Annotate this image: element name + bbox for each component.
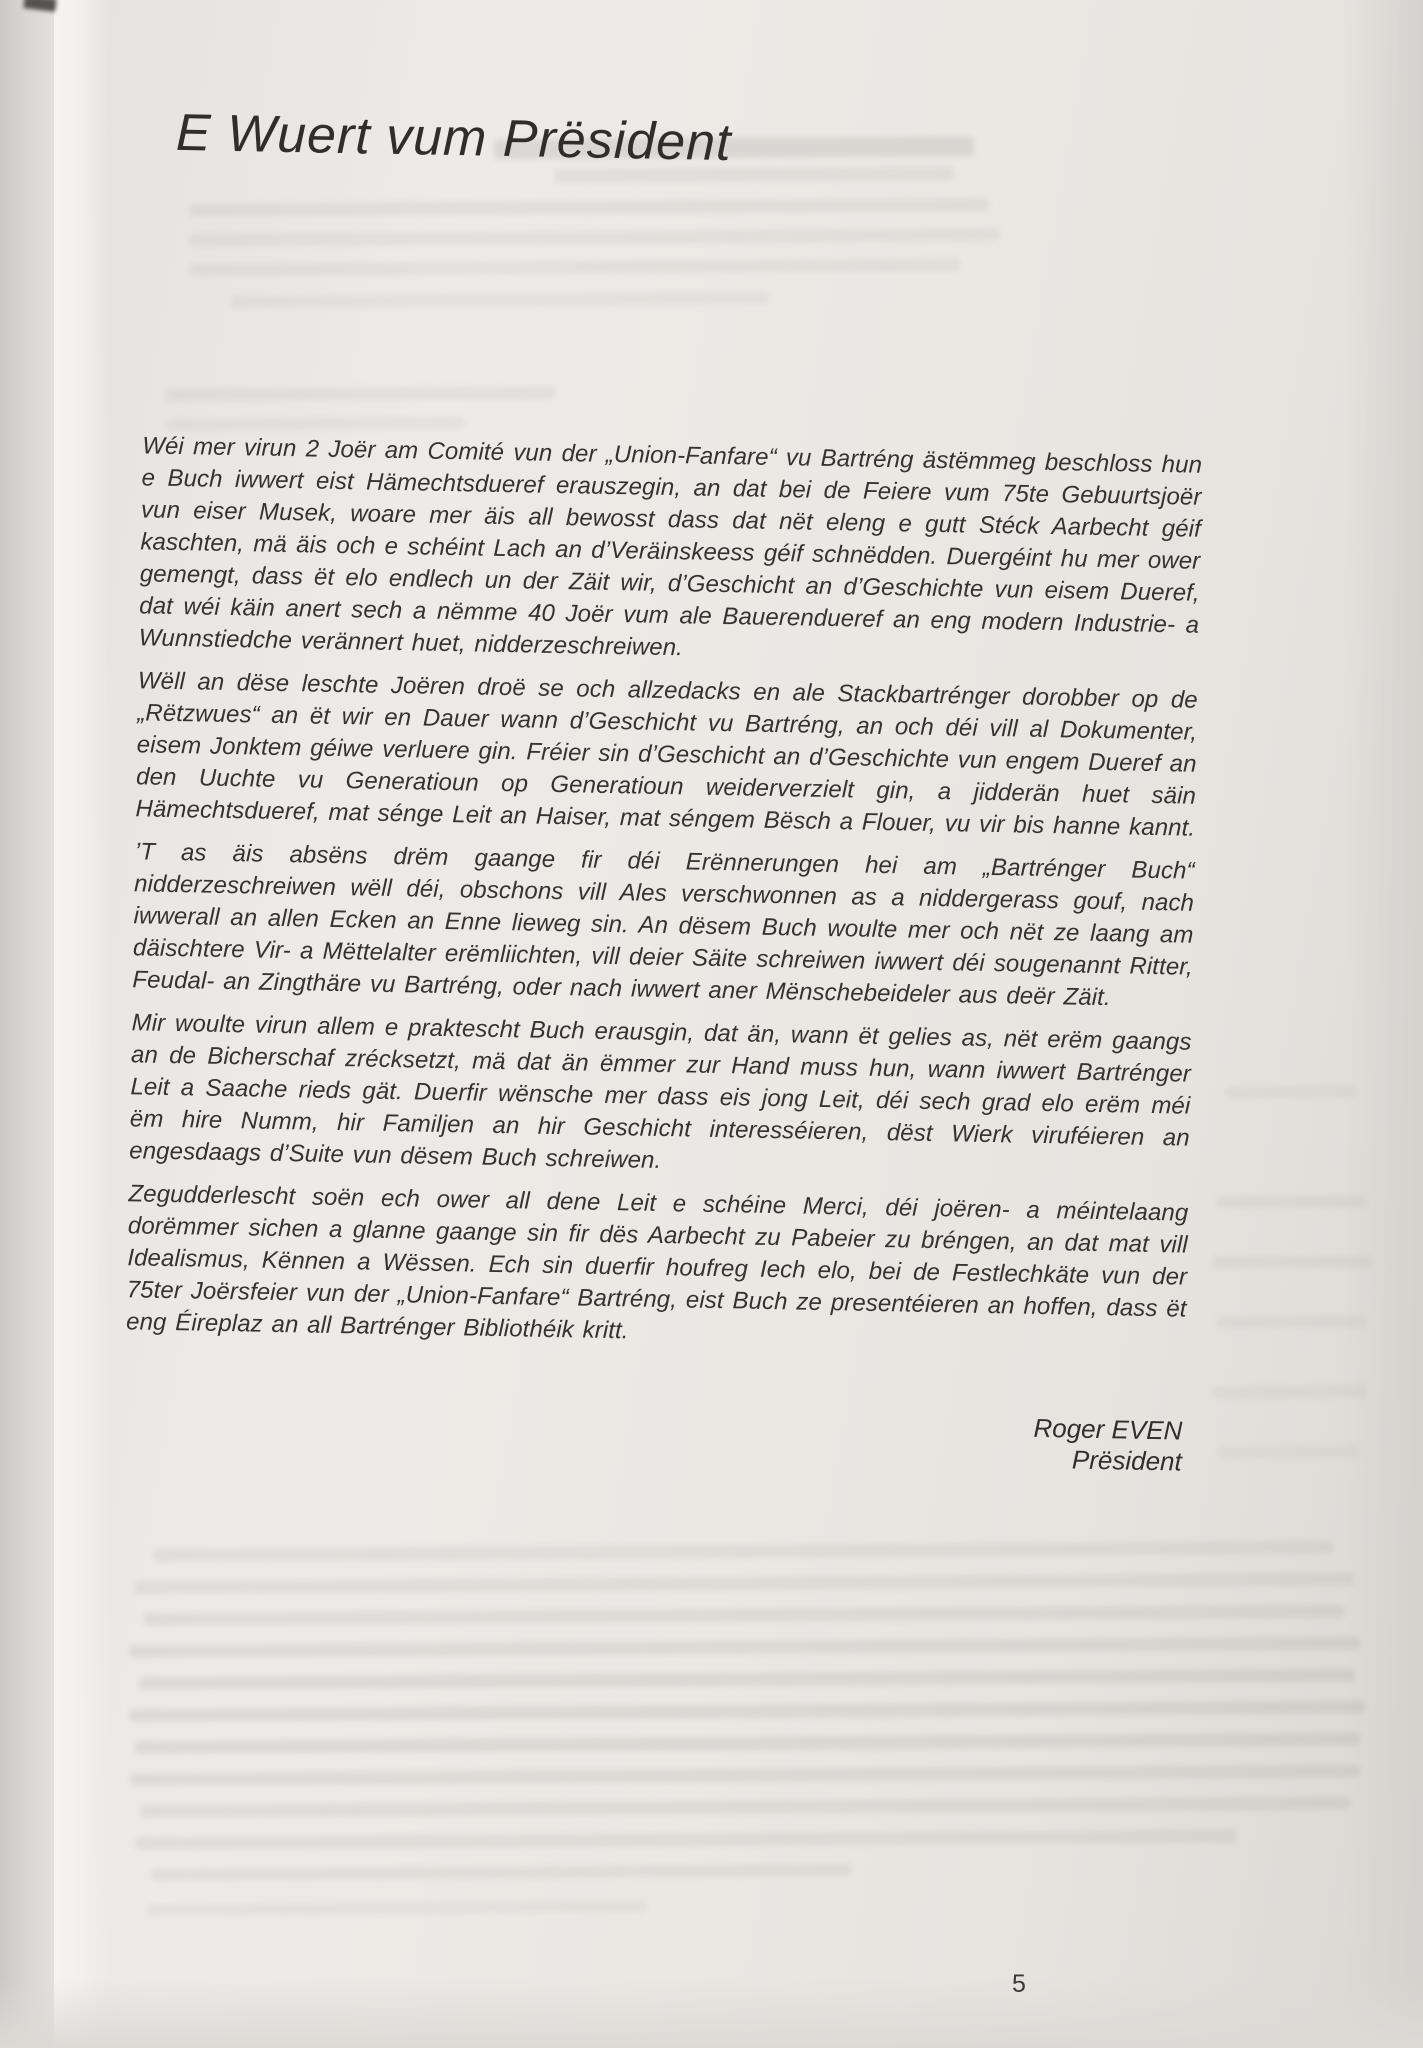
bleedthrough-line <box>154 1541 1334 1562</box>
bleedthrough-line <box>1225 1086 1355 1099</box>
bleedthrough-line <box>144 1605 1344 1626</box>
bleedthrough-line <box>140 1669 1355 1690</box>
bleedthrough-line <box>129 1636 1359 1658</box>
bleedthrough-line <box>134 1573 1354 1595</box>
paragraph: Wéi mer virun 2 Joër am Comité vun der „… <box>138 430 1202 673</box>
page-content: E Wuert vum Prësident Wéi mer virun 2 Jo… <box>124 102 1209 1477</box>
bleedthrough-line <box>146 1900 646 1915</box>
bleedthrough-line <box>1217 1315 1367 1328</box>
bleedthrough-line <box>140 1797 1350 1818</box>
bleedthrough-line <box>130 1764 1360 1786</box>
scanned-page: E Wuert vum Prësident Wéi mer virun 2 Jo… <box>0 0 1423 2048</box>
bleedthrough-line <box>1216 1195 1366 1208</box>
paragraph: Zegudderlescht soën ech ower all dene Le… <box>126 1178 1189 1357</box>
body-text: Wéi mer virun 2 Joër am Comité vun der „… <box>126 430 1202 1357</box>
page-number: 5 <box>1012 1970 1026 1999</box>
bleedthrough-line <box>136 1829 1236 1850</box>
bleedthrough-line <box>151 1864 851 1881</box>
bleedthrough-line <box>135 1732 1360 1754</box>
bleedthrough-line <box>130 1700 1365 1722</box>
paragraph: Mir woulte virun allem e praktescht Buch… <box>129 1007 1192 1186</box>
bleedthrough-line <box>1212 1255 1372 1268</box>
bleedthrough-line <box>1218 1445 1358 1458</box>
bleedthrough-line <box>1213 1385 1368 1398</box>
paragraph: Wëll an dëse leschte Joëren droë se och … <box>135 665 1198 844</box>
paragraph: ’T as äis absëns drëm gaange fir déi Erë… <box>132 836 1195 1015</box>
